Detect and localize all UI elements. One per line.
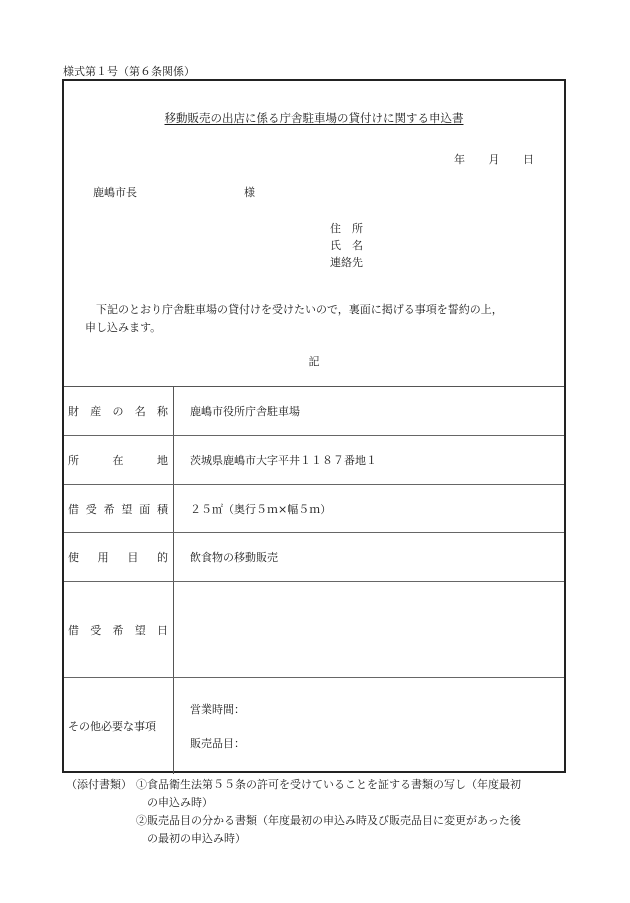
attachments-label: （添付書類） (66, 776, 132, 794)
table-row-purpose: 使 用 目 的 飲食物の移動販売 (64, 533, 564, 582)
label-char: 借 (68, 622, 79, 638)
label-char: 日 (157, 622, 168, 638)
business-hours-field[interactable]: 営業時間： (190, 701, 245, 717)
location-value[interactable]: 茨城県鹿嶋市大字平井１１８７番地１ (174, 436, 564, 484)
table-row-property-name: 財 産 の 名 称 鹿嶋市役所庁舎駐車場 (64, 387, 564, 436)
statement-line-1: 下記のとおり庁舎駐車場の貸付けを受けたいので，裏面に掲げる事項を誓約の上， (85, 301, 545, 319)
label-char: 希 (104, 501, 115, 517)
label-char: 積 (157, 501, 168, 517)
applicant-info: 住 所 氏 名 連絡先 (330, 220, 363, 271)
property-name-value[interactable]: 鹿嶋市役所庁舎駐車場 (174, 387, 564, 435)
applicant-name-label: 氏 名 (330, 237, 363, 254)
label-char: 所 (68, 452, 79, 468)
purpose-label: 使 用 目 的 (64, 533, 174, 581)
label-char: 財 (68, 403, 79, 419)
application-form-box: 移動販売の出店に係る庁舎駐車場の貸付けに関する申込書 年 月 日 鹿嶋市長 様 … (62, 79, 566, 773)
addressee-honorific: 様 (244, 184, 255, 200)
date-year-label: 年 (454, 151, 465, 167)
label-char: 産 (90, 403, 101, 419)
label-char: 受 (86, 501, 97, 517)
property-name-label: 財 産 の 名 称 (64, 387, 174, 435)
label-char: 受 (90, 622, 101, 638)
label-char: 名 (135, 403, 146, 419)
area-value[interactable]: ２５㎡（奥行５ｍ×幅５ｍ） (174, 485, 564, 532)
form-title: 移動販売の出店に係る庁舎駐車場の貸付けに関する申込書 (64, 110, 564, 126)
applicant-contact-label: 連絡先 (330, 254, 363, 271)
purpose-value[interactable]: 飲食物の移動販売 (174, 533, 564, 581)
statement-line-2: 申し込みます。 (85, 319, 545, 337)
attachments-list: ①食品衛生法第５５条の許可を受けていることを証する書類の写し（年度最初 の申込み… (136, 776, 566, 848)
desired-date-value[interactable] (174, 582, 564, 677)
attachment-item-1: ①食品衛生法第５５条の許可を受けていることを証する書類の写し（年度最初 の申込み… (136, 776, 566, 812)
other-matters-label: その他必要な事項 (64, 678, 174, 774)
label-char: 望 (121, 501, 132, 517)
other-matters-value: 営業時間： 販売品目： (174, 678, 564, 774)
ki-heading: 記 (64, 353, 564, 369)
addressee-name: 鹿嶋市長 (93, 184, 137, 200)
table-row-location: 所 在 地 茨城県鹿嶋市大字平井１１８７番地１ (64, 436, 564, 485)
attachment-2-line2: の最初の申込み時） (136, 830, 566, 848)
attachment-1-line1: ①食品衛生法第５５条の許可を受けていることを証する書類の写し（年度最初 (136, 778, 521, 791)
attachment-item-2: ②販売品目の分かる書類（年度最初の申込み時及び販売品目に変更があった後 の最初の… (136, 812, 566, 848)
details-table: 財 産 の 名 称 鹿嶋市役所庁舎駐車場 所 在 地 茨城県鹿嶋市大字平井１１８… (64, 386, 564, 774)
date-month-label: 月 (489, 151, 500, 167)
form-number: 様式第１号（第６条関係） (63, 63, 195, 79)
label-char: の (113, 403, 124, 419)
table-row-desired-date: 借 受 希 望 日 (64, 582, 564, 678)
label-char: 在 (113, 452, 124, 468)
table-row-area: 借 受 希 望 面 積 ２５㎡（奥行５ｍ×幅５ｍ） (64, 485, 564, 533)
label-char: 使 (68, 549, 79, 565)
label-char: 希 (113, 622, 124, 638)
applicant-address-label: 住 所 (330, 220, 363, 237)
date-field[interactable]: 年 月 日 (454, 151, 534, 167)
label-char: 望 (135, 622, 146, 638)
label-char: 的 (157, 549, 168, 565)
label-char: 地 (157, 452, 168, 468)
form-title-text: 移動販売の出店に係る庁舎駐車場の貸付けに関する申込書 (165, 111, 464, 125)
label-char: 用 (98, 549, 109, 565)
label-char: 目 (127, 549, 138, 565)
label-char: 面 (139, 501, 150, 517)
label-char: 借 (68, 501, 79, 517)
area-label: 借 受 希 望 面 積 (64, 485, 174, 532)
date-day-label: 日 (523, 151, 534, 167)
location-label: 所 在 地 (64, 436, 174, 484)
table-row-other-matters: その他必要な事項 営業時間： 販売品目： (64, 678, 564, 774)
sales-items-field[interactable]: 販売品目： (190, 735, 245, 751)
label-char: 称 (157, 403, 168, 419)
application-statement: 下記のとおり庁舎駐車場の貸付けを受けたいので，裏面に掲げる事項を誓約の上， 申し… (85, 301, 545, 337)
attachment-1-line2: の申込み時） (136, 794, 566, 812)
attachment-2-line1: ②販売品目の分かる書類（年度最初の申込み時及び販売品目に変更があった後 (136, 814, 521, 827)
desired-date-label: 借 受 希 望 日 (64, 582, 174, 677)
